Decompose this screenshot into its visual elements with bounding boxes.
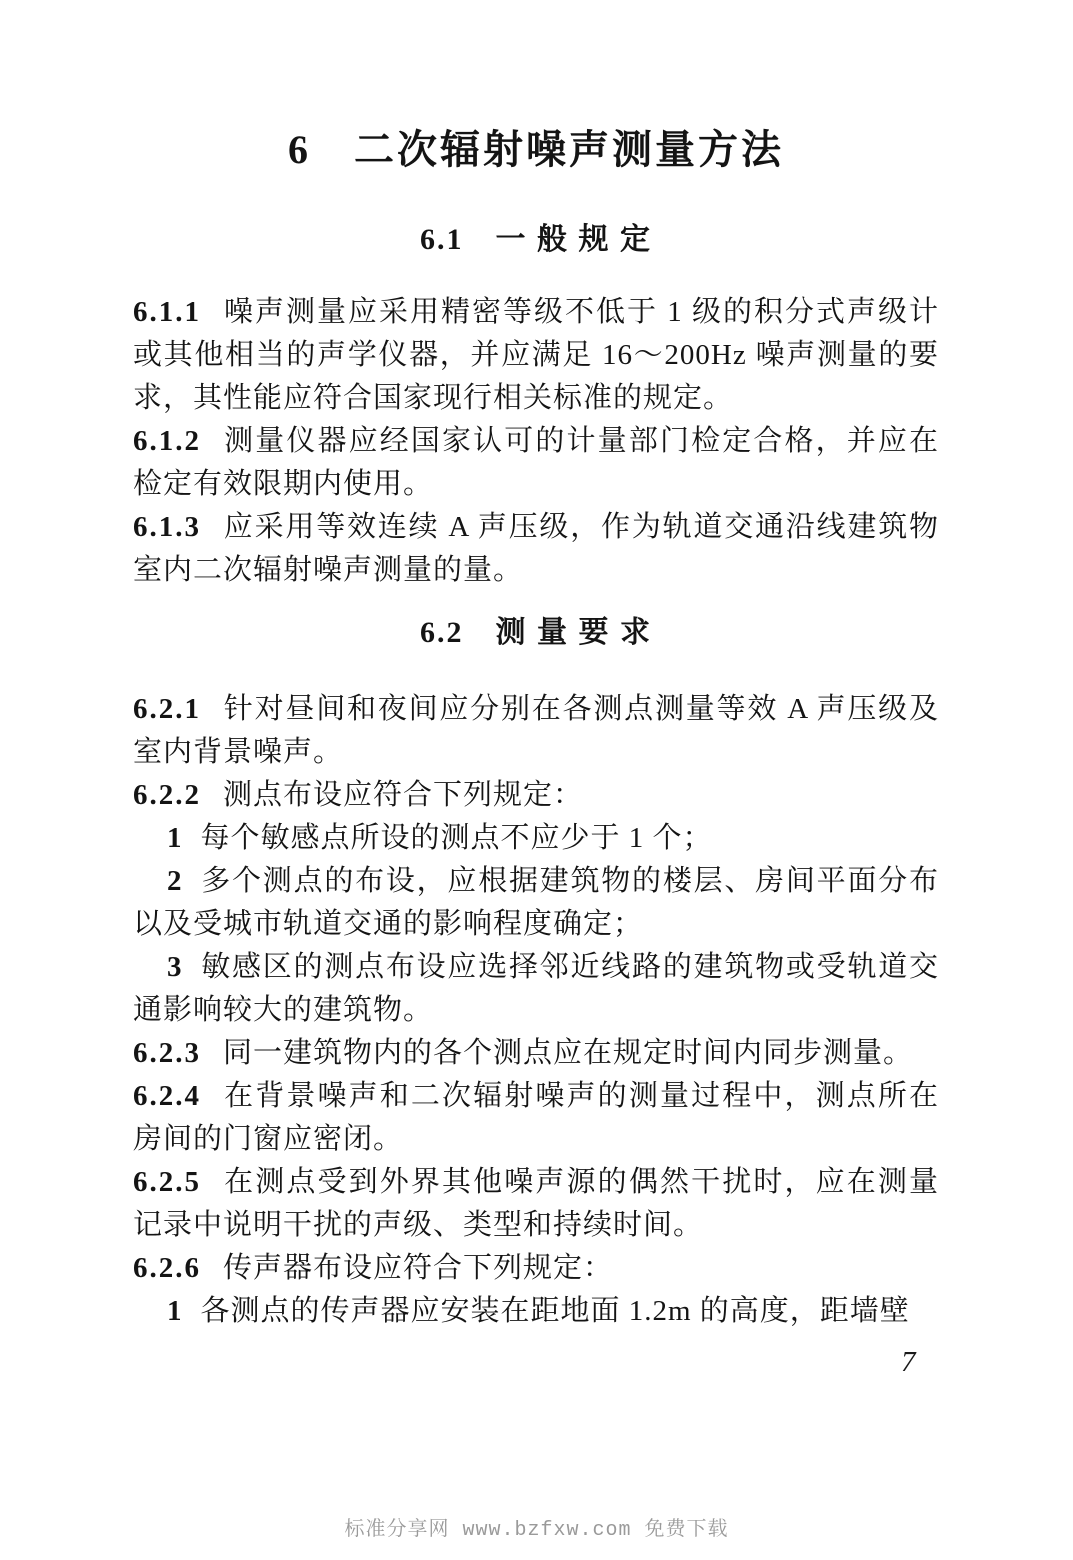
clause-text: 测点布设应符合下列规定： <box>223 779 583 811</box>
subitem-text: 敏感区的测点布设应选择邻近线路的建筑物或受轨道交通影响较大的建筑物。 <box>133 951 939 1026</box>
clause-6-2-5: 6.2.5在测点受到外界其他噪声源的偶然干扰时，应在测量记录中说明干扰的声级、类… <box>133 1161 939 1247</box>
clause-text: 针对昼间和夜间应分别在各测点测量等效 A 声压级及室内背景噪声。 <box>133 693 939 768</box>
clause-number: 6.2.5 <box>133 1166 201 1198</box>
section-heading-6-2: 6.2 测 量 要 求 <box>133 614 939 652</box>
subitem-text: 多个测点的布设，应根据建筑物的楼层、房间平面分布以及受城市轨道交通的影响程度确定… <box>133 865 939 940</box>
subitem-6-2-2-3: 3敏感区的测点布设应选择邻近线路的建筑物或受轨道交通影响较大的建筑物。 <box>133 946 939 1032</box>
clause-text: 应采用等效连续 A 声压级，作为轨道交通沿线建筑物室内二次辐射噪声测量的量。 <box>133 511 939 586</box>
clause-number: 6.2.1 <box>133 693 201 725</box>
page-number: 7 <box>901 1346 916 1379</box>
document-page: 6 二次辐射噪声测量方法 6.1 一 般 规 定 6.1.1噪声测量应采用精密等… <box>0 0 1073 1560</box>
footer-watermark: 标准分享网 www.bzfxw.com 免费下载 <box>0 1512 1073 1542</box>
subitem-6-2-6-1: 1各测点的传声器应安装在距地面 1.2m 的高度，距墙壁 <box>133 1290 939 1333</box>
clause-number: 6.2.2 <box>133 779 201 811</box>
subitem-number: 3 <box>167 951 183 983</box>
clause-number: 6.2.3 <box>133 1037 201 1069</box>
clause-text: 同一建筑物内的各个测点应在规定时间内同步测量。 <box>223 1037 913 1069</box>
subitem-6-2-2-1: 1每个敏感点所设的测点不应少于 1 个； <box>133 817 939 860</box>
clause-6-2-2: 6.2.2测点布设应符合下列规定： <box>133 774 939 817</box>
clause-6-2-1: 6.2.1针对昼间和夜间应分别在各测点测量等效 A 声压级及室内背景噪声。 <box>133 688 939 774</box>
clause-6-1-1: 6.1.1噪声测量应采用精密等级不低于 1 级的积分式声级计或其他相当的声学仪器… <box>133 291 939 420</box>
clause-text: 在背景噪声和二次辐射噪声的测量过程中，测点所在房间的门窗应密闭。 <box>133 1080 939 1155</box>
clause-6-2-4: 6.2.4在背景噪声和二次辐射噪声的测量过程中，测点所在房间的门窗应密闭。 <box>133 1075 939 1161</box>
subitem-number: 2 <box>167 865 183 897</box>
clause-6-1-3: 6.1.3应采用等效连续 A 声压级，作为轨道交通沿线建筑物室内二次辐射噪声测量… <box>133 506 939 592</box>
clause-number: 6.1.1 <box>133 296 201 328</box>
clause-6-1-2: 6.1.2测量仪器应经国家认可的计量部门检定合格，并应在检定有效限期内使用。 <box>133 420 939 506</box>
clause-number: 6.1.2 <box>133 425 201 457</box>
clause-text: 在测点受到外界其他噪声源的偶然干扰时，应在测量记录中说明干扰的声级、类型和持续时… <box>133 1166 939 1241</box>
clause-6-2-3: 6.2.3同一建筑物内的各个测点应在规定时间内同步测量。 <box>133 1032 939 1075</box>
clause-number: 6.2.6 <box>133 1252 201 1284</box>
clause-text: 测量仪器应经国家认可的计量部门检定合格，并应在检定有效限期内使用。 <box>133 425 939 500</box>
subitem-number: 1 <box>167 1295 183 1327</box>
clause-6-2-6: 6.2.6传声器布设应符合下列规定： <box>133 1247 939 1290</box>
page-content: 6 二次辐射噪声测量方法 6.1 一 般 规 定 6.1.1噪声测量应采用精密等… <box>133 0 939 1333</box>
clause-number: 6.1.3 <box>133 511 201 543</box>
chapter-title: 6 二次辐射噪声测量方法 <box>133 126 939 174</box>
subitem-text: 各测点的传声器应安装在距地面 1.2m 的高度，距墙壁 <box>201 1295 910 1327</box>
subitem-number: 1 <box>167 822 183 854</box>
subitem-6-2-2-2: 2多个测点的布设，应根据建筑物的楼层、房间平面分布以及受城市轨道交通的影响程度确… <box>133 860 939 946</box>
subitem-text: 每个敏感点所设的测点不应少于 1 个； <box>201 822 713 854</box>
clause-text: 传声器布设应符合下列规定： <box>223 1252 613 1284</box>
clause-text: 噪声测量应采用精密等级不低于 1 级的积分式声级计或其他相当的声学仪器，并应满足… <box>133 296 939 414</box>
clause-number: 6.2.4 <box>133 1080 201 1112</box>
section-heading-6-1: 6.1 一 般 规 定 <box>133 221 939 259</box>
